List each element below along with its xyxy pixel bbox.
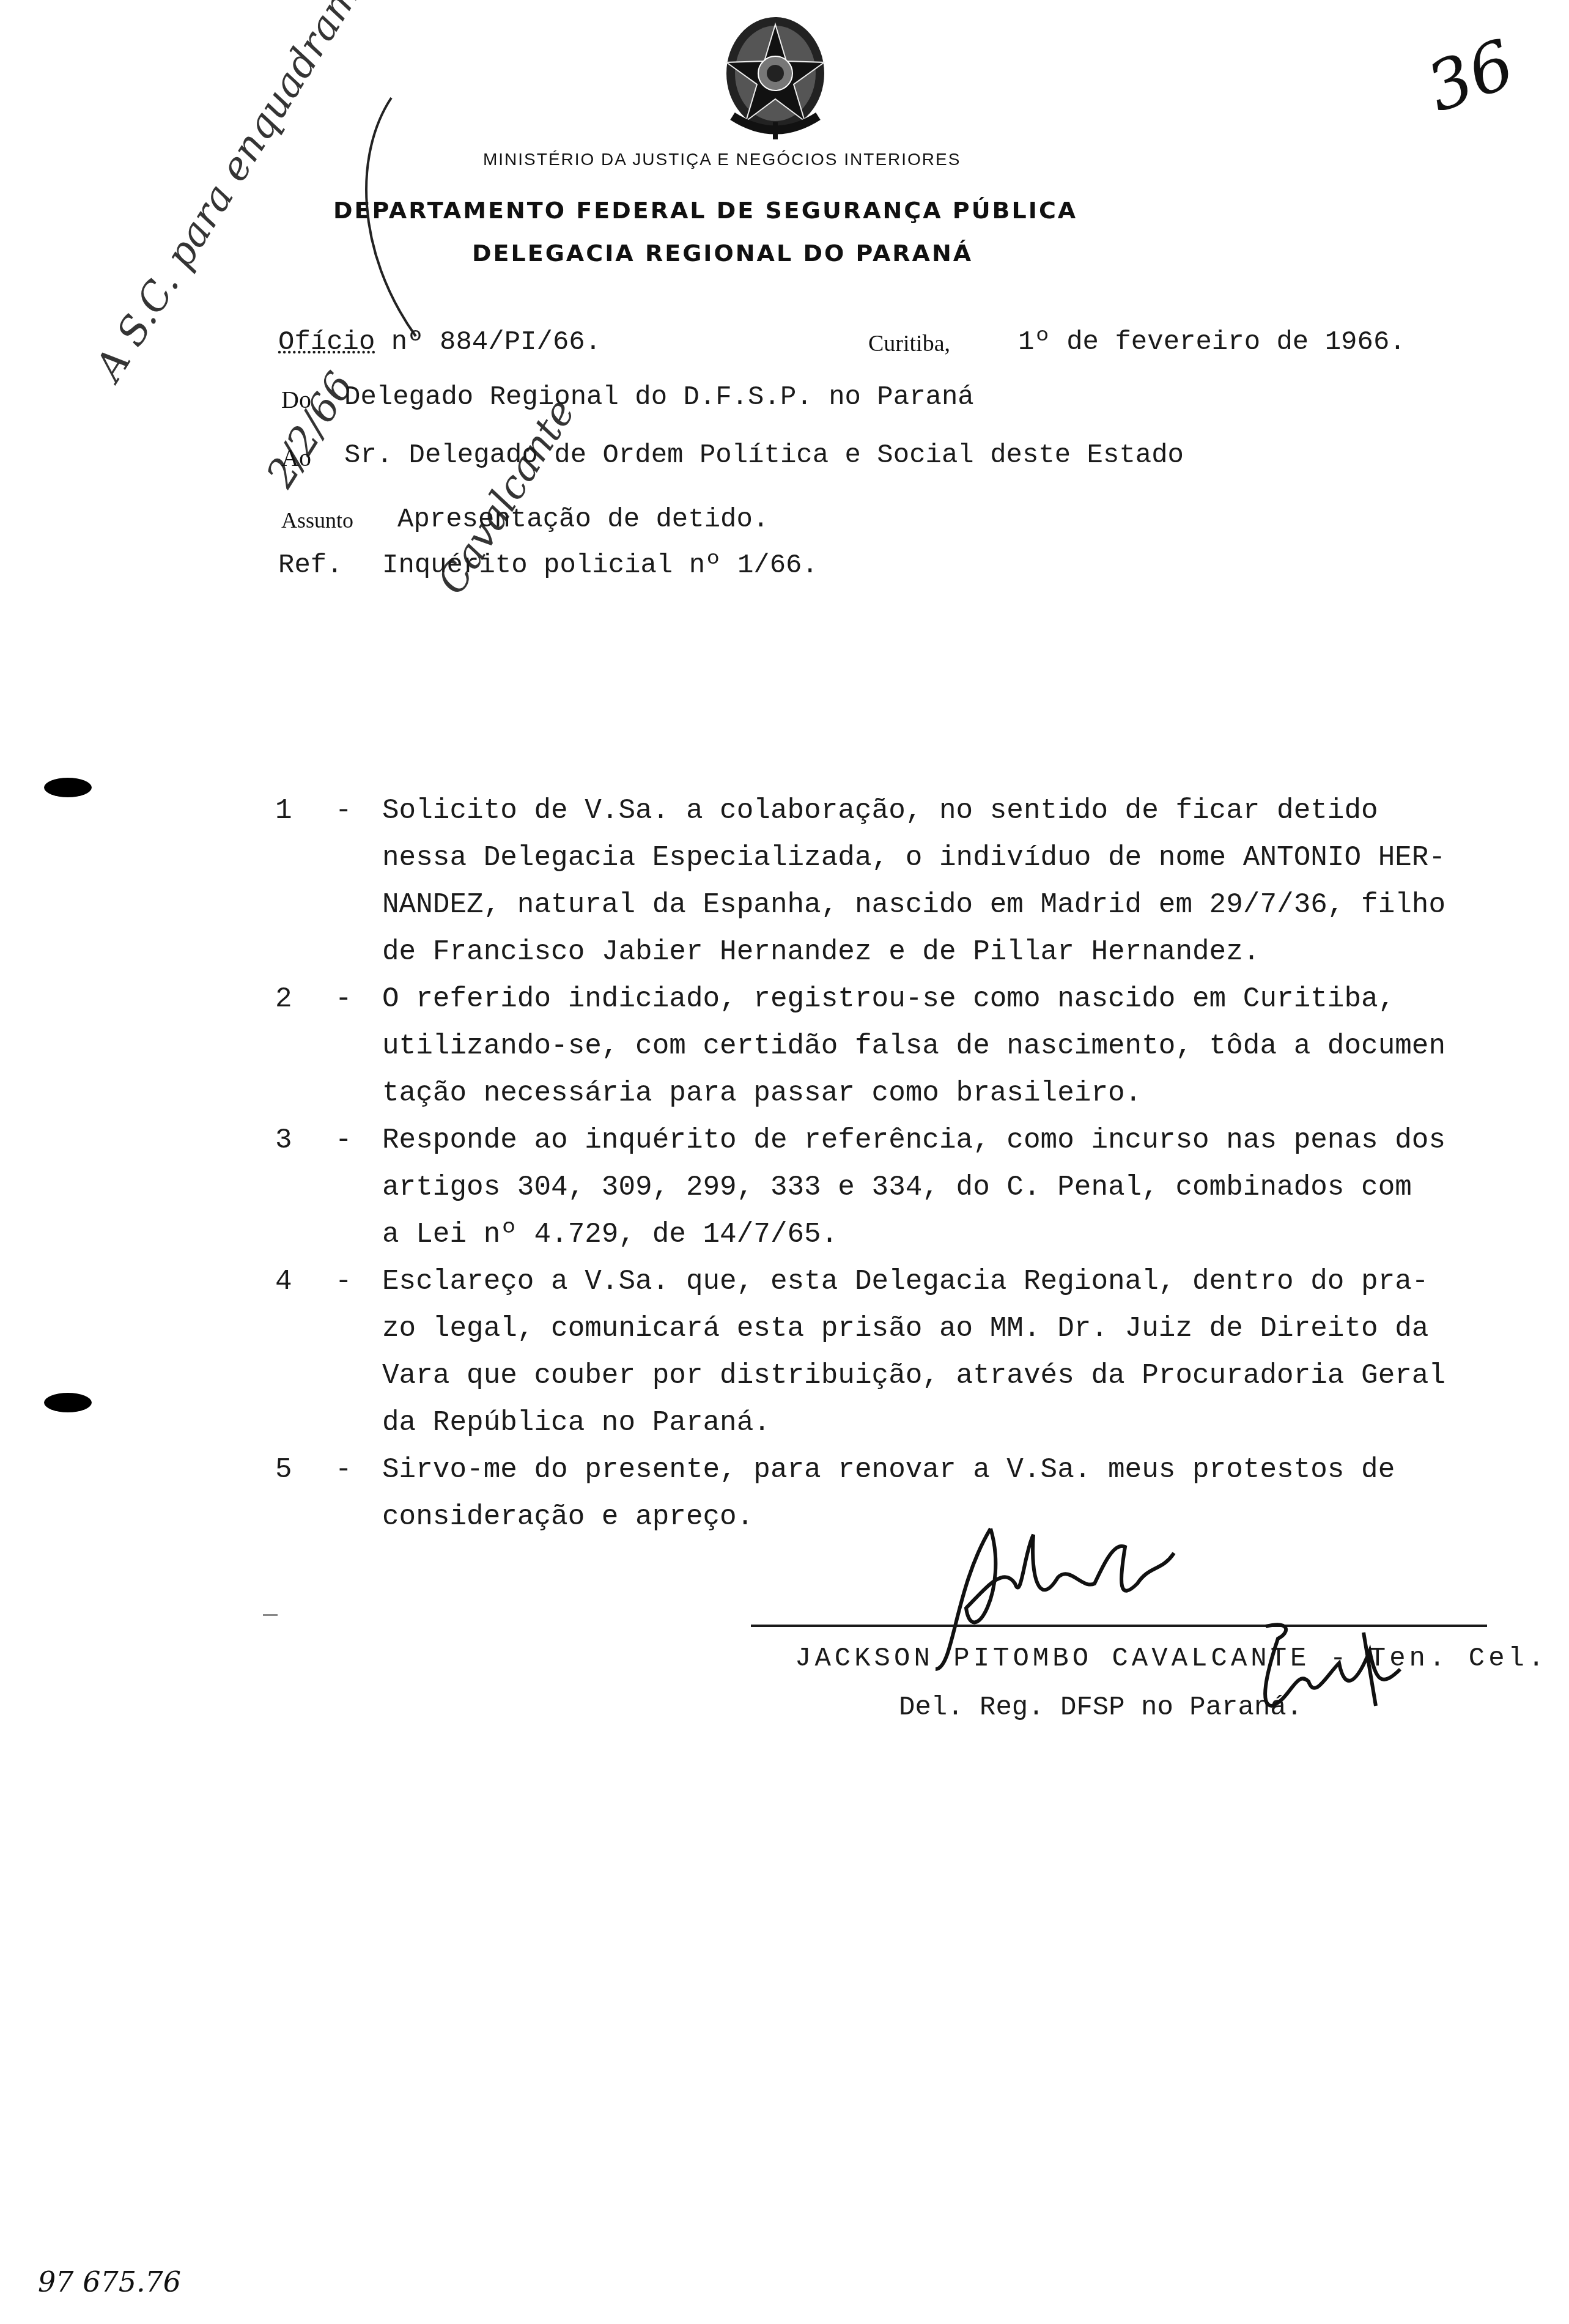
reference-label: Ref. xyxy=(278,550,343,581)
paragraph-line: tação necessária para passar como brasil… xyxy=(382,1077,1142,1109)
from-value: Delegado Regional do D.F.S.P. no Paraná xyxy=(344,382,974,413)
paragraph-line: zo legal, comunicará esta prisão ao MM. … xyxy=(382,1313,1428,1345)
paragraph-line: a Lei nº 4.729, de 14/7/65. xyxy=(382,1219,838,1250)
paragraph-line: NANDEZ, natural da Espanha, nascido em M… xyxy=(382,889,1445,921)
handwritten-initials-icon xyxy=(1253,1614,1425,1718)
archive-number: 97 675.76 xyxy=(38,2265,181,2298)
signatory-title: Del. Reg. DFSP no Paraná. xyxy=(899,1692,1302,1723)
paragraph-dash: - xyxy=(335,983,352,1015)
paragraph-dash: - xyxy=(335,1454,352,1486)
reference-value: Inquérito policial nº 1/66. xyxy=(382,550,818,581)
paragraph-line: consideração e apreço. xyxy=(382,1501,753,1533)
subject-label: Assunto xyxy=(281,507,353,533)
from-label: Do xyxy=(281,385,311,414)
to-value: Sr. Delegado de Ordem Política e Social … xyxy=(344,440,1184,471)
paragraph-dash: - xyxy=(335,1266,352,1297)
document-date: 1º de fevereiro de 1966. xyxy=(1018,327,1406,358)
folio-number: 36 xyxy=(1417,24,1524,127)
paragraph-line: Sirvo-me do presente, para renovar a V.S… xyxy=(382,1454,1395,1486)
paragraph-dash: - xyxy=(335,795,352,827)
handwritten-bracket-icon xyxy=(342,92,428,349)
paragraph-line: artigos 304, 309, 299, 333 e 334, do C. … xyxy=(382,1171,1412,1203)
paragraph-line: da República no Paraná. xyxy=(382,1407,770,1439)
oficio-value: nº 884/PI/66. xyxy=(375,327,601,358)
paragraph-dash: - xyxy=(335,1124,352,1156)
paragraph-number: 2 xyxy=(275,983,292,1015)
oficio-number: Ofício nº 884/PI/66. xyxy=(278,327,601,358)
oficio-label: Ofício xyxy=(278,327,375,358)
paragraph-number: 4 xyxy=(275,1266,292,1297)
punch-hole xyxy=(44,1393,92,1412)
paragraph-number: 3 xyxy=(275,1124,292,1156)
paragraph-line: de Francisco Jabier Hernandez e de Pilla… xyxy=(382,936,1260,968)
paragraph-number: 1 xyxy=(275,795,292,827)
paragraph-line: Esclareço a V.Sa. que, esta Delegacia Re… xyxy=(382,1266,1428,1297)
to-label: Ao xyxy=(281,443,311,472)
paragraph-line: O referido indiciado, registrou-se como … xyxy=(382,983,1395,1015)
punch-hole xyxy=(44,778,92,797)
paragraph-line: Solicito de V.Sa. a colaboração, no sent… xyxy=(382,795,1378,827)
subject-value: Apresentação de detido. xyxy=(397,504,769,535)
signatory-name: JACKSON PITOMBO CAVALCANTE - Ten. Cel. xyxy=(795,1643,1548,1674)
paragraph-line: nessa Delegacia Especializada, o indivíd… xyxy=(382,842,1445,874)
paragraph-number: 5 xyxy=(275,1454,292,1486)
city-label: Curitiba, xyxy=(868,330,950,357)
paragraph-line: Vara que couber por distribuição, atravé… xyxy=(382,1360,1445,1392)
margin-mark xyxy=(263,1614,278,1616)
paragraph-line: Responde ao inquérito de referência, com… xyxy=(382,1124,1445,1156)
paragraph-line: utilizando-se, com certidão falsa de nas… xyxy=(382,1030,1445,1062)
